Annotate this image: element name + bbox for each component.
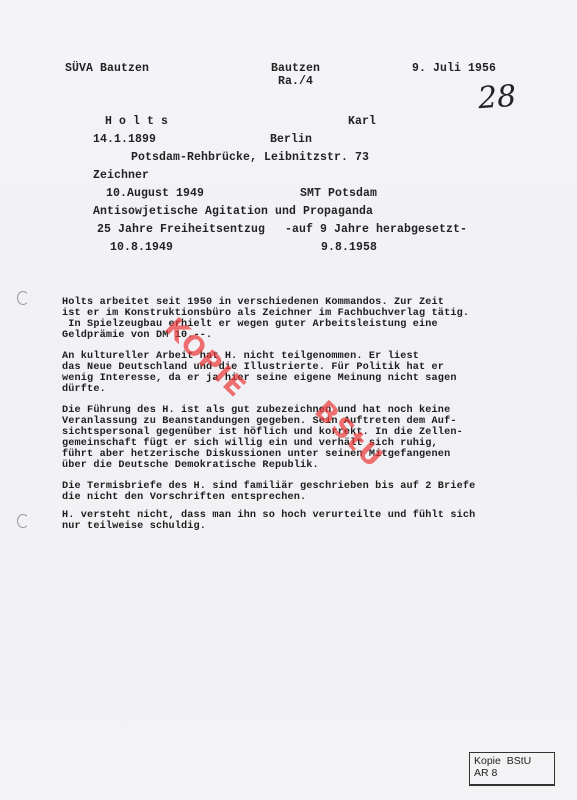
occupation: Zeichner <box>93 170 149 182</box>
archive-reference-box: Kopie BStU AR 8 <box>469 752 555 786</box>
punch-hole-icon <box>17 514 29 528</box>
sentence-start: 10.8.1949 <box>110 242 173 254</box>
text-line: Holts arbeitet seit 1950 in verschiedene… <box>62 297 444 308</box>
first-name: Karl <box>348 116 376 128</box>
text-line: die nicht den Vorschriften entsprechen. <box>62 492 306 503</box>
arrest-date: 10.August 1949 <box>106 188 204 200</box>
place: Bautzen <box>271 63 320 75</box>
text-line: Die Termisbriefe des H. sind familiär ge… <box>62 481 475 492</box>
punch-hole-icon <box>17 291 29 305</box>
tribunal: SMT Potsdam <box>300 188 377 200</box>
text-line: über die Deutsche Demokratische Republik… <box>62 460 319 471</box>
sentence-end: 9.8.1958 <box>321 242 377 254</box>
surname: H o l t s <box>105 116 168 128</box>
text-line: H. versteht nicht, dass man ihn so hoch … <box>62 510 475 521</box>
archive-label: Kopie BStU <box>474 755 550 767</box>
text-line: Die Führung des H. ist als gut zubezeich… <box>62 405 450 416</box>
text-line: das Neue Deutschland und die Illustriert… <box>62 362 444 373</box>
sentence: 25 Jahre Freiheitsentzug <box>97 224 265 236</box>
text-line: ist er im Konstruktionsbüro als Zeichner… <box>62 308 469 319</box>
reference-number: Ra./4 <box>278 76 313 88</box>
charge: Antisowjetische Agitation und Propaganda <box>93 206 373 218</box>
handwritten-page-number: 28 <box>477 79 518 117</box>
text-line: wenig Interesse, da er ja hier seine eig… <box>62 373 457 384</box>
birth-place: Berlin <box>270 134 312 146</box>
text-line: führt aber hetzerische Diskussionen unte… <box>62 449 450 460</box>
text-line: An kultureller Arbeit hat H. nicht teilg… <box>62 351 419 362</box>
sentence-reduction: -auf 9 Jahre herabgesetzt- <box>285 224 467 236</box>
birth-date: 14.1.1899 <box>93 134 156 146</box>
archive-number: AR 8 <box>474 767 550 779</box>
text-line: In Spielzeugbau erhielt er wegen guter A… <box>62 319 438 330</box>
text-line: nur teilweise schuldig. <box>62 521 206 532</box>
text-line: sichtspersonal gegenüber ist höflich und… <box>62 427 463 438</box>
address: Potsdam-Rehbrücke, Leibnitzstr. 73 <box>131 152 369 164</box>
document-date: 9. Juli 1956 <box>412 63 496 75</box>
text-line: Veranlassung zu Beanstandungen gegeben. … <box>62 416 457 427</box>
document-page: SÜVA Bautzen Bautzen Ra./4 9. Juli 1956 … <box>0 0 577 800</box>
text-line: dürfte. <box>62 384 106 395</box>
office-name: SÜVA Bautzen <box>65 63 149 75</box>
